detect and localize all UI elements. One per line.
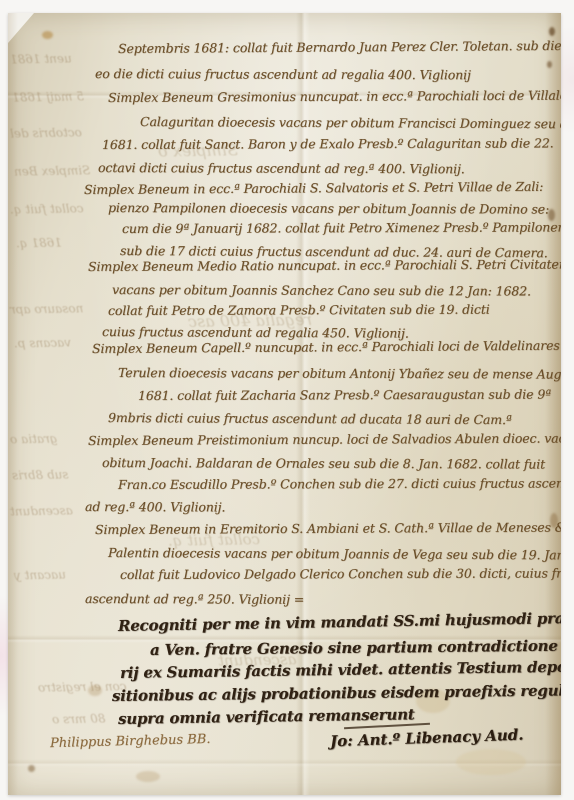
manuscript-line: Simplex Beneum Medio Ratio nuncupat. in …	[88, 258, 561, 273]
certification-line: Recogniti per me in vim mandati SS.mi hu…	[118, 610, 561, 634]
manuscript-line: Palentin dioecesis vacans per obitum Joa…	[108, 547, 561, 562]
manuscript-line: ascendunt ad reg.ª 250. Viglionij =	[85, 593, 304, 606]
ink-stain	[547, 61, 552, 68]
manuscript-line: ad reg.ª 400. Viglionij.	[85, 501, 225, 514]
manuscript-line: Simplex Beneum Preistimonium nuncup. loc…	[88, 432, 561, 447]
bleedthrough-text: Simplex Ben	[14, 164, 90, 177]
manuscript-line: collat fuit Ludovico Delgado Clerico Con…	[120, 567, 561, 581]
bleedthrough-text: collat fuit q.	[10, 202, 84, 215]
bleedthrough-text: ascendunt	[10, 504, 73, 517]
manuscript-line: Simplex Beneum in ecc.ª Parochiali S. Sa…	[84, 181, 543, 197]
ink-speck	[28, 765, 35, 772]
manuscript-line: Terulen dioecesis vacans per obitum Anto…	[118, 367, 561, 381]
manuscript-line: cum die 9ª Januarij 1682. collat fuit Pe…	[122, 221, 561, 235]
manuscript-line: vacans per obitum Joannis Sanchez Cano s…	[112, 284, 531, 298]
bleedthrough-text: nosauro apr	[10, 302, 84, 315]
certification-line: a Ven. fratre Genesio sine partium contr…	[150, 637, 561, 658]
manuscript-line: 1681. collat fuit Zacharia Sanz Presb.º …	[138, 389, 551, 403]
bleedthrough-text: sub 8bris	[12, 469, 69, 482]
manuscript-line: cuius fructus ascendunt ad regalia 450. …	[102, 326, 409, 340]
manuscript-line: pienzo Pampilonen dioecesis vacans per o…	[108, 202, 549, 216]
ink-stain	[549, 27, 555, 36]
manuscript-line: Simplex Beneum Gresimonius nuncupat. in …	[108, 89, 561, 104]
certification-line: rij ex Sumariis factis mihi videt. atten…	[120, 660, 561, 681]
manuscript-line: Simplex Beneum Capell.º nuncupat. in ecc…	[92, 340, 560, 356]
bleedthrough-text: uent 1681	[10, 52, 72, 65]
bleedthrough-text: vacans p.	[14, 337, 71, 350]
scanned-manuscript-screenshot: { "document": { "description": "Aged han…	[0, 0, 574, 800]
bleedthrough-text: 5 maij 1681	[12, 90, 84, 103]
bleedthrough-text: octobris del	[10, 126, 82, 139]
ink-stain	[42, 31, 53, 39]
manuscript-line: Simplex Beneum in Eremitorio S. Ambiani …	[95, 521, 561, 536]
manuscript-line: Septembris 1681: collat fuit Bernardo Ju…	[118, 39, 561, 55]
bleedthrough-text: 80 mrs o	[52, 713, 106, 726]
bleedthrough-text: 1681 q.	[16, 237, 62, 250]
signature-left: Philippus Birghebus BB.	[50, 732, 211, 751]
manuscript-line: collat fuit Petro de Zamora Presb.º Civi…	[108, 304, 490, 318]
bleedthrough-text: gratia o	[10, 433, 58, 446]
certification-line: supra omnia verificata remanserunt	[118, 707, 415, 727]
foxing-spot	[456, 749, 526, 775]
manuscript-line: Fran.co Escudillo Presb.º Conchen sub di…	[118, 477, 561, 491]
manuscript-line: 1681. collat fuit Sanct. Baron y de Exal…	[102, 137, 554, 151]
signature-right: Jo: Ant.º Libenacy Aud.	[330, 726, 524, 751]
bleedthrough-text: uacant y	[14, 569, 66, 582]
manuscript-line: octavi dicti cuius fructus ascendunt ad …	[98, 162, 465, 176]
foxing-spot	[136, 771, 160, 782]
manuscript-line: 9mbris dicti cuius fructus ascendunt ad …	[108, 412, 512, 427]
manuscript-line: obitum Joachi. Baldaran de Ornales seu s…	[102, 457, 545, 471]
certification-line: sitionibus ac alijs probationibus eisdem…	[112, 683, 561, 704]
manuscript-line: eo die dicti cuius fructus ascendunt ad …	[95, 68, 471, 82]
manuscript-page: uent 1681 5 maij 1681 octobris del Simpl…	[8, 13, 561, 795]
manuscript-line: Calaguritan dioecesis vacans per obitum …	[140, 116, 561, 131]
